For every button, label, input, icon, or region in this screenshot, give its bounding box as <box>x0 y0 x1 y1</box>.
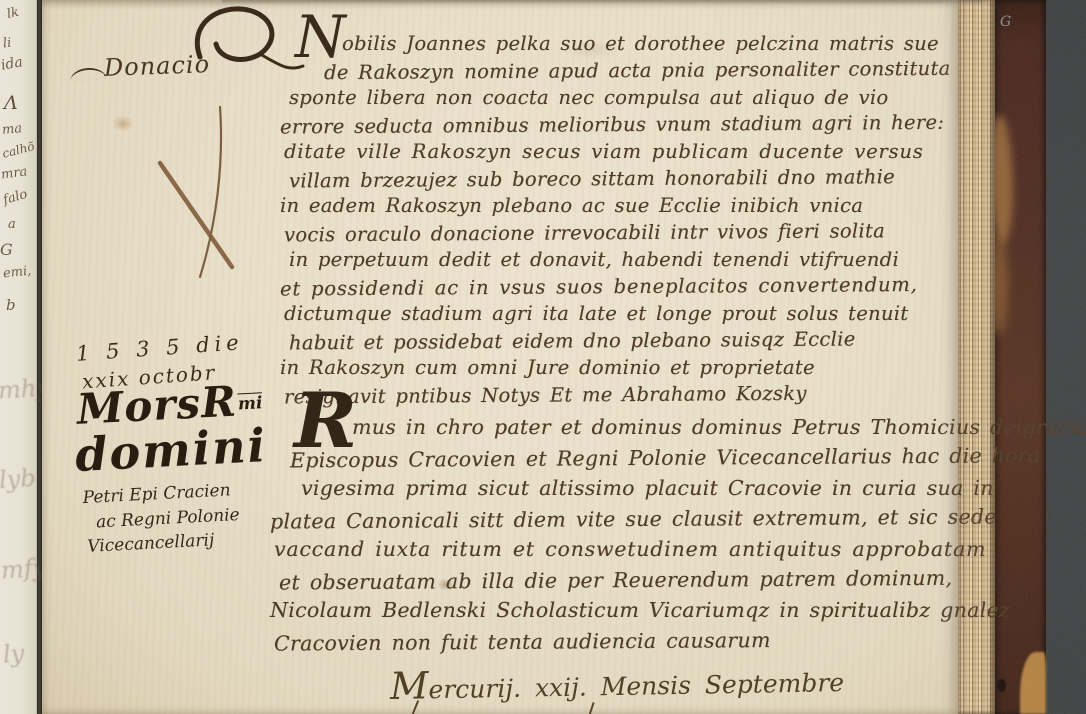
manuscript-text-line: in eadem Rakoszyn plebano ac sue Ecclie … <box>280 192 980 219</box>
paragraph-1: obilis Joannes pelka suo et dorothee pel… <box>280 30 980 408</box>
manuscript-text-line: vocis oraculo donacione irrevocabili int… <box>284 217 980 249</box>
neighbor-text-fragment: Λ <box>4 92 18 114</box>
neighbor-text-fragment: ma <box>1 121 22 138</box>
closing-date-line: Mercurij. xxij. Mensis Septembre <box>390 656 845 708</box>
manuscript-text-line: et obseruatam ab illa die per Reuerendum… <box>279 562 990 597</box>
paragraph1-initial: N <box>295 8 346 66</box>
manuscript-text-line: Episcopus Cracovien et Regni Polonie Vic… <box>274 440 990 475</box>
neighbor-text-fragment: b <box>6 296 16 314</box>
manuscript-text-line: resignavit pntibus Notys Et me Abrahamo … <box>284 379 980 411</box>
neighbor-text-fragment: ida <box>0 54 24 74</box>
neighbor-text-fragment: calhõ <box>1 139 36 160</box>
manuscript-text-line: errore seducta omnibus melioribus vnum s… <box>280 109 980 141</box>
left-page-sliver: lkliidaΛmacalhõmrafaloaGemi,bmhylybmfyly <box>0 0 37 714</box>
manuscript-text-line: obilis Joannes pelka suo et dorothee pel… <box>280 30 980 57</box>
leather-chip <box>1020 652 1046 714</box>
neighbor-text-fragment: lyb <box>0 464 37 494</box>
scanner-background <box>1040 0 1086 714</box>
donacio-swash-stroke <box>70 67 107 81</box>
manuscript-text-line: in perpetuum dedit et donavit, habendi t… <box>289 246 980 273</box>
manuscript-text-line: platea Canonicali sitt diem vite sue cla… <box>270 501 990 537</box>
manuscript-text-line: in Rakoszyn cum omni Jure dominio et pro… <box>280 354 980 381</box>
manuscript-text-line: habuit et possidebat eidem dno plebano s… <box>289 325 980 357</box>
manuscript-text-line: Cracovien non fuit tenta audiencia causa… <box>274 623 990 658</box>
margin-heading-mors: MorsRmi domini <box>76 379 268 478</box>
neighbor-text-fragment: falo <box>1 187 29 208</box>
manuscript-text-line: sponte libera non coacta nec compulsa au… <box>289 84 980 111</box>
manuscript-text-line: dictumque stadium agri ita late et longe… <box>284 300 980 327</box>
paragraph2-initial: R <box>294 383 357 459</box>
neighbor-text-fragment: li <box>2 36 12 52</box>
manuscript-text-line: ditate ville Rakoszyn secus viam publica… <box>284 138 980 165</box>
manuscript-text-line: de Rakoszyn nomine apud acta pnia person… <box>284 55 980 87</box>
neighbor-text-fragment: a <box>8 217 16 232</box>
spine-letter-mark: G <box>1000 14 1020 34</box>
leather-hole <box>997 679 1006 692</box>
manuscript-text-line: mus in chro pater et dominus dominus Pet… <box>270 412 990 443</box>
paragraph-2: mus in chro pater et dominus dominus Pet… <box>270 412 990 656</box>
neighbor-text-fragment: lk <box>6 5 21 22</box>
manuscript-scan: G lkliidaΛmacalhõmrafaloaGemi,bmhylybmfy… <box>0 0 1086 714</box>
manuscript-text-line: et possidendi ac in vsus suos beneplacit… <box>280 271 980 303</box>
neighbor-text-fragment: G <box>0 240 13 259</box>
neighbor-text-fragment: ly <box>2 639 25 668</box>
margin-heading-domini: domini <box>74 422 268 478</box>
manuscript-text-line: vigesima prima sicut altissimo placuit C… <box>279 473 990 504</box>
margin-cross-mark <box>140 105 250 280</box>
manuscript-text-line: villam brzezujez sub boreco sittam honor… <box>289 163 980 195</box>
margin-heading-superscript: mi <box>237 393 262 414</box>
margin-subheading: Petri Epi Cracienac Regni PolonieVicecan… <box>82 478 241 560</box>
manuscript-text-line: vaccand iuxta ritum et conswetudinem ant… <box>274 534 990 565</box>
initial-n-flourish <box>182 2 312 82</box>
ink-stain <box>112 115 134 132</box>
manuscript-text-line: Nicolaum Bedlenski Scholasticum Vicarium… <box>270 595 990 626</box>
neighbor-text-fragment: emi, <box>2 264 32 282</box>
neighbor-text-fragment: mra <box>0 164 28 183</box>
manuscript-page: Donacio 1 5 3 5 die xxix octobr MorsRmi … <box>42 0 958 714</box>
